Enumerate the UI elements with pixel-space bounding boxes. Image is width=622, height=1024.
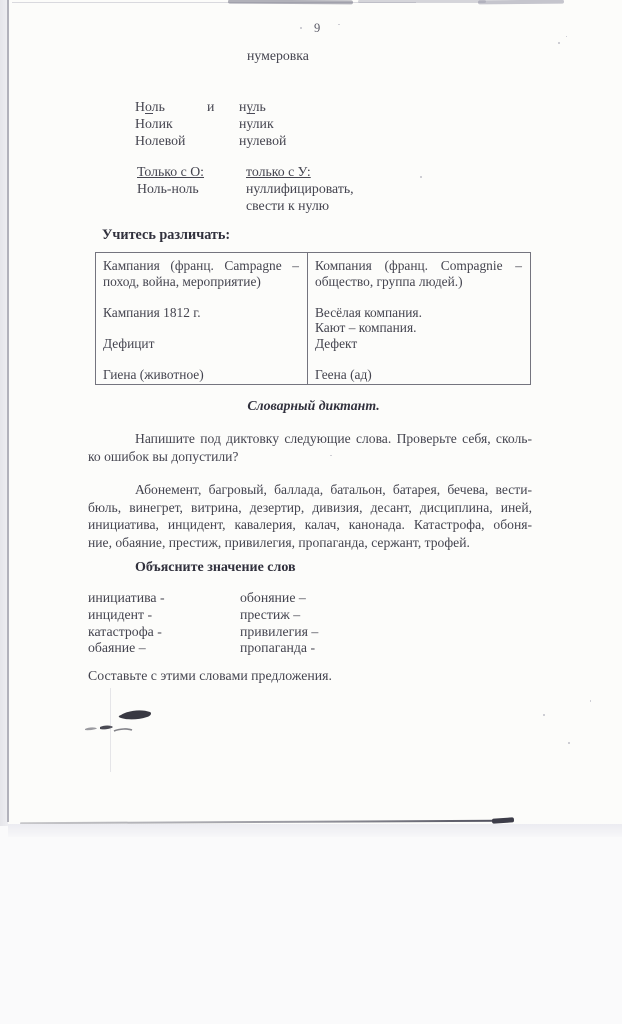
- explain-heading: Объясните значение слов: [135, 560, 296, 576]
- dictation-title: Словарный диктант.: [95, 398, 532, 414]
- speckle: [330, 455, 332, 456]
- table-cell-line: Весёлая компания.: [315, 305, 522, 321]
- pair-right: нулевой: [239, 133, 286, 149]
- comparison-table-left-column: Кампания (франц. Campagne – поход, война…: [96, 253, 308, 384]
- scanned-page: 9 нумеровка Ноль и нуль Нолик нулик Ноле…: [0, 0, 622, 1024]
- term: катастрофа -: [88, 624, 162, 640]
- speckle: [543, 714, 545, 716]
- table-cell-line: Гиена (животное): [103, 367, 299, 383]
- scan-artifact-streak: [358, 0, 486, 3]
- header-word: нумеровка: [247, 48, 309, 64]
- comparison-table: Кампания (франц. Campagne – поход, война…: [95, 252, 531, 385]
- table-cell-line: Кампания 1812 г.: [103, 305, 299, 321]
- page-bottom-shadow: [8, 824, 622, 837]
- stress-underline: [145, 113, 153, 114]
- rule-right-item: нуллифицировать,: [246, 181, 354, 197]
- table-cell-line: Дефект: [315, 336, 522, 352]
- compose-task: Составьте с этими словами предложения.: [88, 668, 332, 684]
- page-left-edge-line: [7, 0, 9, 822]
- paper-crease: [110, 688, 111, 772]
- term: инициатива -: [88, 590, 165, 606]
- table-cell-line: Компания (франц. Compagnie –: [315, 258, 522, 274]
- table-cell-line: [103, 289, 299, 305]
- term: пропаганда -: [240, 640, 315, 656]
- pair-conj: и: [207, 99, 214, 115]
- scan-artifact-streak: [478, 0, 564, 4]
- rule-left-head: Только с О:: [137, 164, 204, 180]
- dictation-intro-line: Напишите под диктовку следующие слова. П…: [88, 430, 532, 448]
- dictation-intro-line: ко ошибок вы допустили?: [88, 448, 532, 466]
- ink-smudge: [84, 706, 156, 740]
- rule-left-item: Ноль-ноль: [137, 181, 199, 197]
- term: обоняние –: [240, 590, 306, 606]
- table-cell-line: Геена (ад): [315, 367, 522, 383]
- term: привилегия –: [240, 624, 318, 640]
- table-cell-line: [315, 289, 522, 305]
- pair-left: Нолик: [135, 116, 173, 132]
- speckle: [568, 742, 570, 744]
- speckle: [566, 36, 567, 37]
- speckle: [420, 176, 422, 178]
- table-cell-line: Кают – компания.: [315, 320, 522, 336]
- rule-right-item: свести к нулю: [246, 198, 329, 214]
- rule-right-head: только с У:: [246, 164, 311, 180]
- dictation-word-line: инициатива, инцидент, кавалерия, калач, …: [88, 516, 532, 534]
- speckle: [338, 24, 340, 25]
- pair-right: нулик: [239, 116, 274, 132]
- page-number: 9: [314, 21, 320, 36]
- table-cell-line: общество, группа людей.): [315, 274, 522, 290]
- table-cell-line: [103, 351, 299, 367]
- scan-artifact-line: [12, 2, 416, 3]
- table-cell-line: поход, война, мероприятие): [103, 274, 299, 290]
- term: обаяние –: [88, 640, 146, 656]
- term: престиж –: [240, 607, 300, 623]
- comparison-table-right-column: Компания (франц. Compagnie – общество, г…: [308, 253, 530, 384]
- table-cell-line: [103, 320, 299, 336]
- speckle: [300, 27, 302, 29]
- stress-underline: [247, 113, 255, 114]
- dictation-word-line: бюль, винегрет, витрина, дезертир, дивиз…: [88, 499, 532, 517]
- speckle: [558, 42, 560, 44]
- dictation-word-line: ние, обаяние, престиж, привилегия, пропа…: [88, 534, 532, 552]
- table-cell-line: [315, 351, 522, 367]
- pair-left: Нолевой: [135, 133, 185, 149]
- table-cell-line: Кампания (франц. Campagne –: [103, 258, 299, 274]
- dictation-word-line: Абонемент, багровый, баллада, батальон, …: [88, 481, 532, 499]
- speckle: [590, 700, 591, 702]
- term: инцидент -: [88, 607, 152, 623]
- distinguish-heading: Учитесь различать:: [102, 227, 230, 244]
- table-cell-line: Дефицит: [103, 336, 299, 352]
